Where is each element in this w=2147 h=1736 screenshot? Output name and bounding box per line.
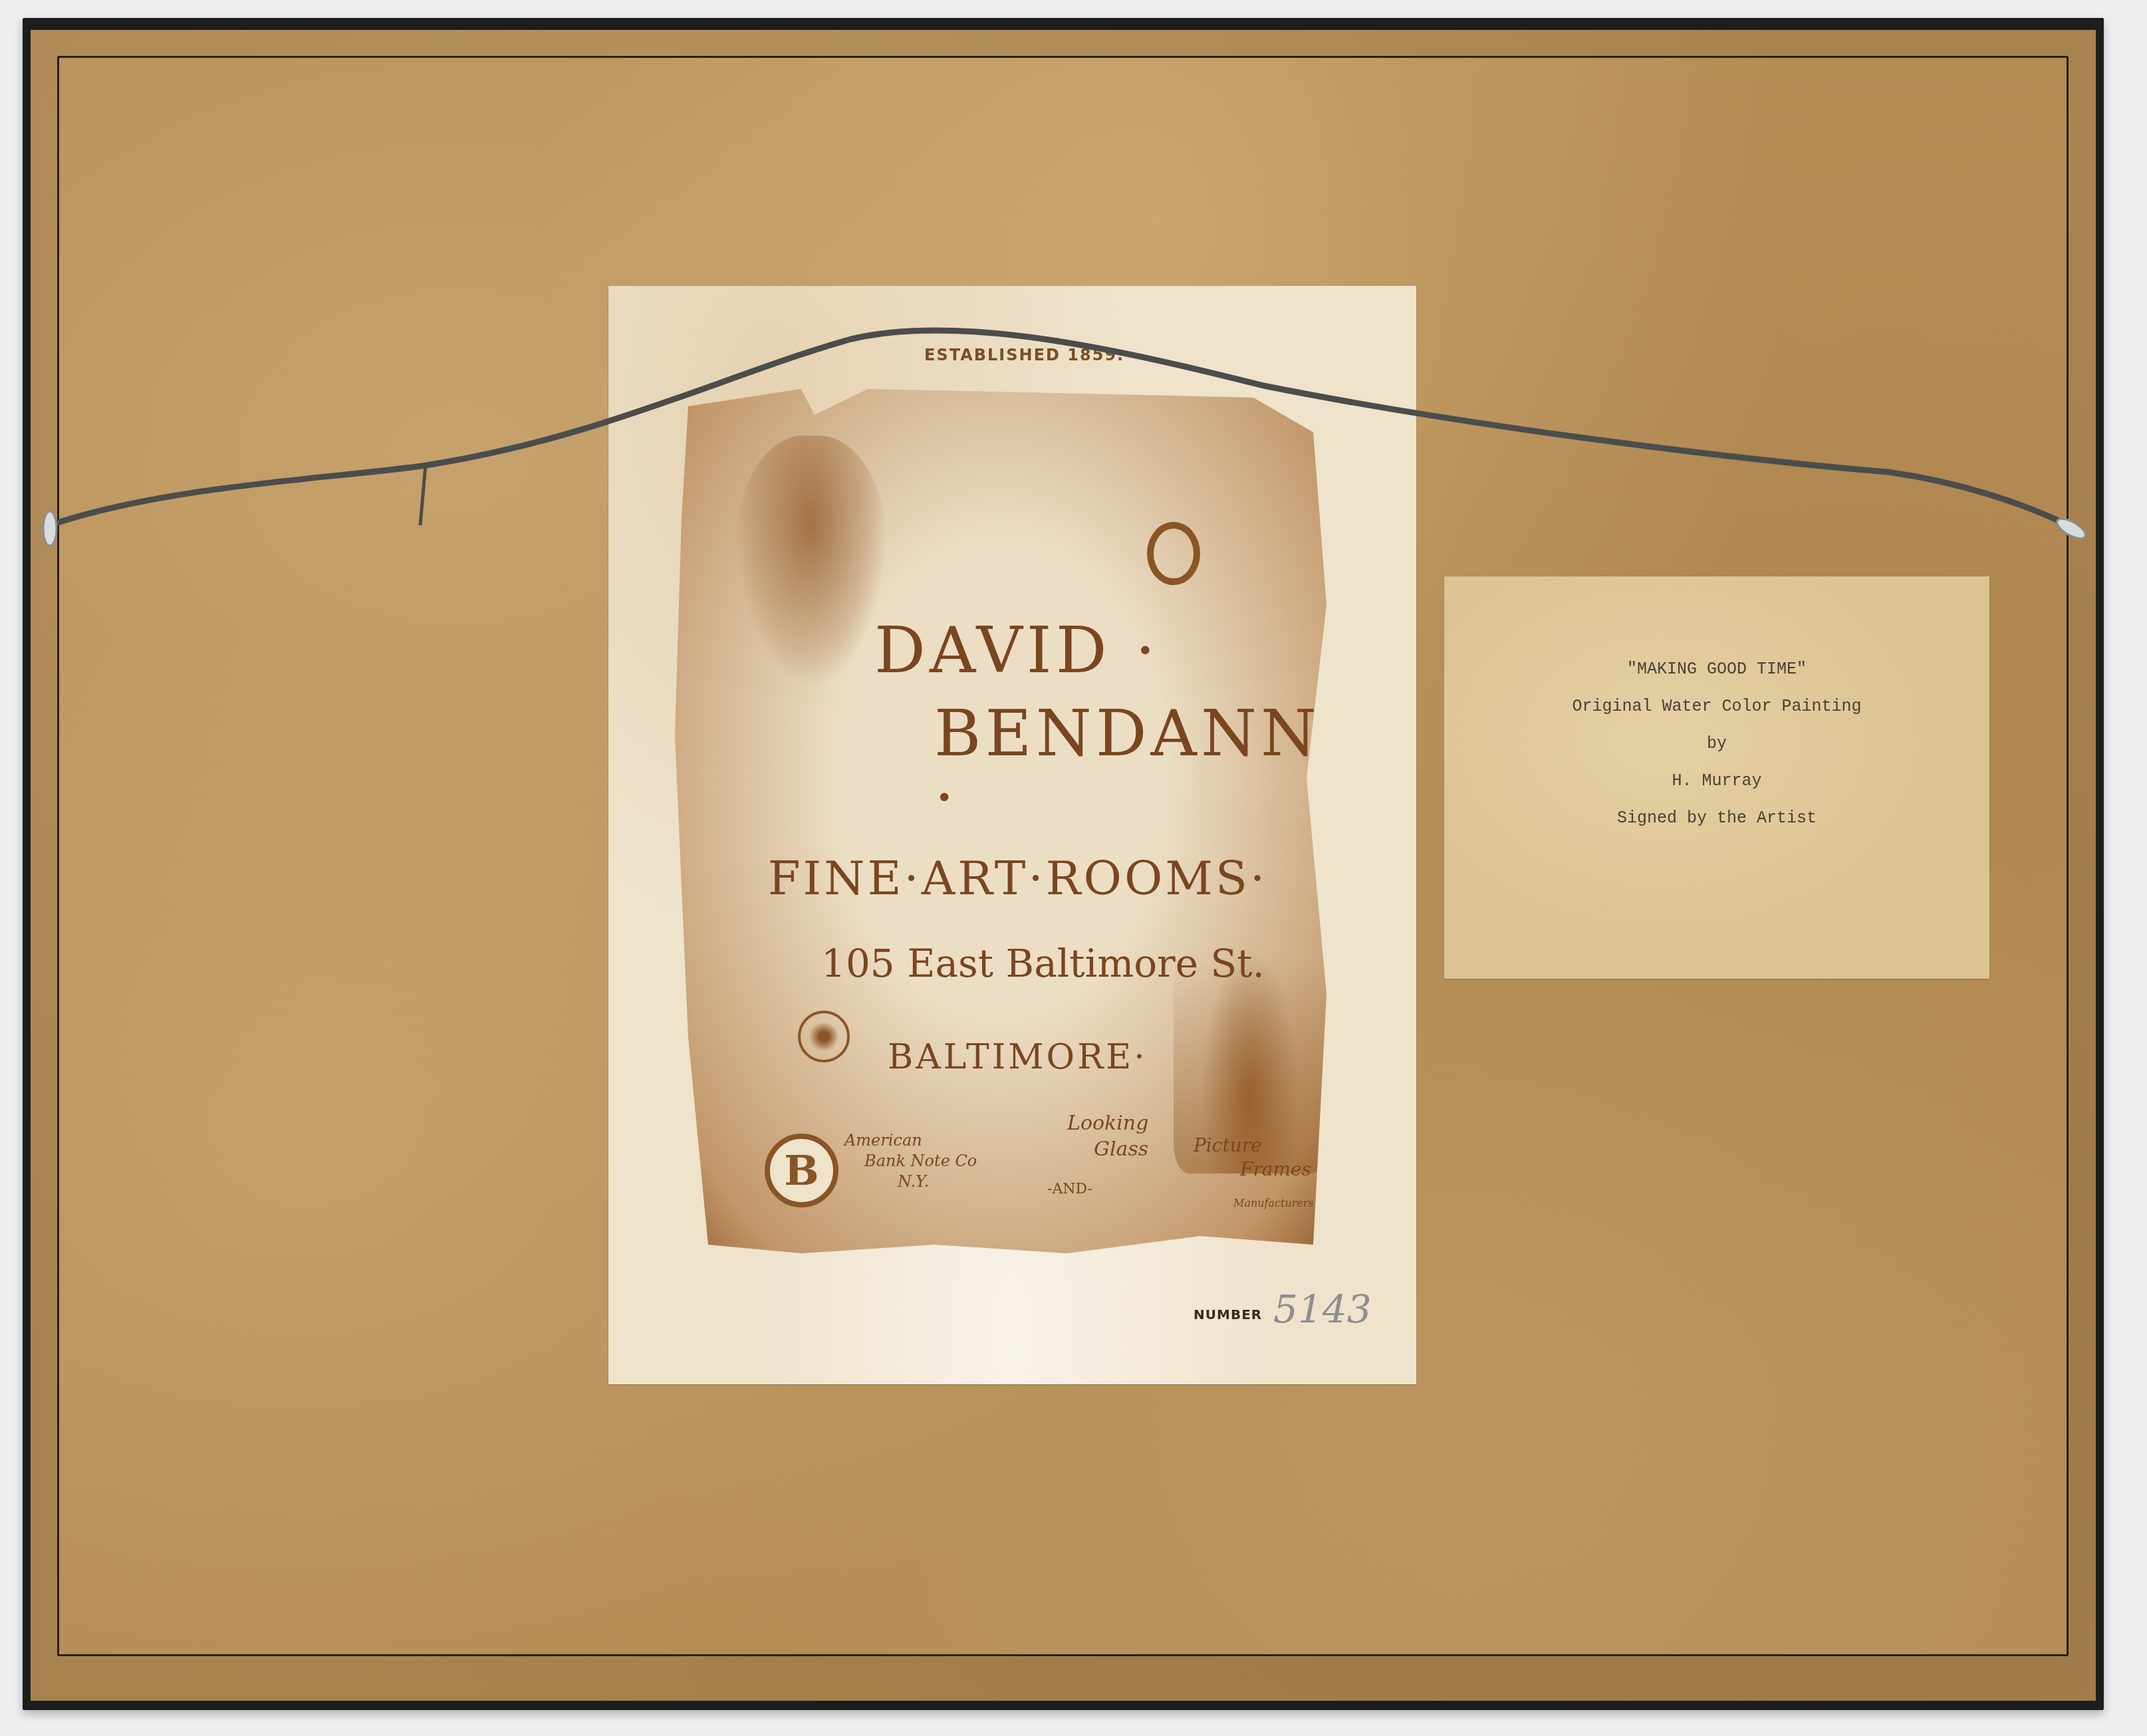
hanging-wire: [0, 0, 2147, 1736]
right-screw-eye-icon: [2054, 515, 2088, 542]
left-screw-eye-icon: [43, 511, 57, 546]
wire-tail: [420, 465, 426, 525]
